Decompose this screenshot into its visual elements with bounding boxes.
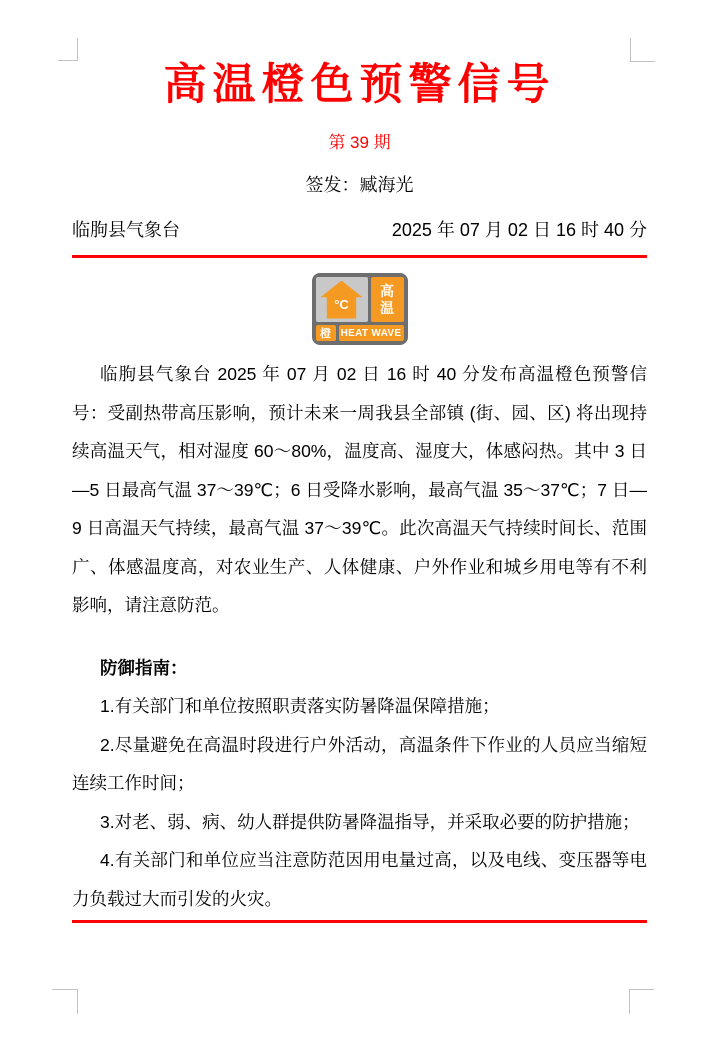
badge-bottom-row: 橙 HEAT WAVE <box>316 325 404 341</box>
defense-guide-item-4: 4.有关部门和单位应当注意防范因用电量过高，以及电线、变压器等电力负载过大而引发… <box>72 841 647 918</box>
bottom-red-rule <box>72 920 647 923</box>
badge-level-tile: 橙 <box>316 325 336 341</box>
issue-number: 第 39 期 <box>72 132 647 154</box>
badge-type-tile: 高 温 <box>371 277 404 322</box>
heat-wave-warning-badge: °C 高 温 橙 HEAT WAVE <box>312 273 408 345</box>
house-temperature-icon: °C <box>321 281 363 319</box>
badge-type-char-bottom: 温 <box>380 300 394 317</box>
defense-guide-item-1: 1.有关部门和单位按照职责落实防暑降温保障措施； <box>72 687 647 726</box>
text-boundary-corner-bottom-left <box>52 989 78 1014</box>
badge-level-char: 橙 <box>320 325 331 341</box>
defense-guide-title: 防御指南： <box>72 649 647 688</box>
warning-badge-row: °C 高 温 橙 HEAT WAVE <box>72 273 647 345</box>
document-page: 高温橙色预警信号 第 39 期 签发：臧海光 临朐县气象台 2025 年 07 … <box>0 0 719 1061</box>
defense-guide-item-3: 3.对老、弱、病、幼人群提供防暑降温指导，并采取必要的防护措施； <box>72 803 647 842</box>
badge-type-char-top: 高 <box>380 283 394 300</box>
document-content: 高温橙色预警信号 第 39 期 签发：臧海光 临朐县气象台 2025 年 07 … <box>72 0 647 923</box>
page-title: 高温橙色预警信号 <box>72 56 647 114</box>
issuing-agency: 临朐县气象台 <box>72 219 180 242</box>
defense-guide-item-2: 2.尽量避免在高温时段进行户外活动，高温条件下作业的人员应当缩短连续工作时间； <box>72 726 647 803</box>
issuer-datetime-row: 临朐县气象台 2025 年 07 月 02 日 16 时 40 分 <box>72 219 647 242</box>
badge-english-tile: HEAT WAVE <box>339 325 404 341</box>
celsius-label: °C <box>321 298 363 312</box>
warning-body-paragraph: 临朐县气象台 2025 年 07 月 02 日 16 时 40 分发布高温橙色预… <box>72 355 647 625</box>
issue-datetime: 2025 年 07 月 02 日 16 时 40 分 <box>392 219 647 242</box>
text-boundary-corner-bottom-right <box>629 989 654 1014</box>
top-red-rule <box>72 255 647 258</box>
badge-top-row: °C 高 温 <box>316 277 404 322</box>
signer-line: 签发：臧海光 <box>72 174 647 197</box>
badge-english-label: HEAT WAVE <box>341 328 402 339</box>
badge-house-tile: °C <box>316 277 368 322</box>
